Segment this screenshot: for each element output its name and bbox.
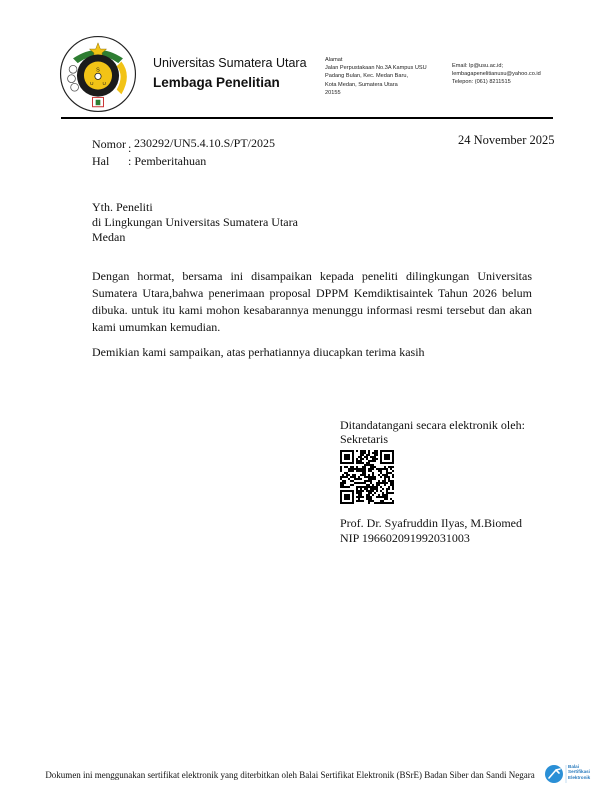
- hal-label: Hal: [92, 154, 109, 169]
- svg-text:U: U: [103, 81, 106, 86]
- nomor-value: 230292/UN5.4.10.S/PT/2025: [134, 136, 275, 151]
- letter-closing: Demikian kami sampaikan, atas perhatiann…: [92, 345, 425, 360]
- footer-certificate-note: Dokumen ini menggunakan sertifikat elekt…: [0, 770, 580, 780]
- address-block: Alamat Jalan Perpustakaan No.3A Kampus U…: [325, 56, 427, 97]
- nomor-label-text: Nomor: [92, 137, 128, 152]
- contact-email-alt: lembagapenelitianusu@yahoo.co.id: [452, 70, 541, 78]
- contact-block: Email: lp@usu.ac.id; lembagapenelitianus…: [452, 62, 541, 87]
- address-line: Kota Medan, Sumatera Utara: [325, 81, 427, 89]
- recipient-block: Yth. Peneliti di Lingkungan Universitas …: [92, 200, 298, 245]
- institution-name: Universitas Sumatera Utara: [153, 56, 307, 70]
- contact-phone: Telepon: (061) 8211515: [452, 78, 541, 86]
- letter-date: 24 November 2025: [458, 133, 555, 148]
- recipient-line: Yth. Peneliti: [92, 200, 298, 215]
- bsre-logo-text: Balai Sertifikasi Elektronik: [568, 764, 590, 780]
- bsre-line: Elektronik: [568, 775, 590, 780]
- letter-body: Dengan hormat, bersama ini disampaikan k…: [92, 268, 532, 336]
- address-line: Jalan Perpustakaan No.3A Kampus USU: [325, 64, 427, 72]
- signer-nip: NIP 196602091992031003: [340, 531, 522, 546]
- address-line: 20155: [325, 89, 427, 97]
- address-label: Alamat: [325, 56, 427, 64]
- hal-value: : Pemberitahuan: [128, 154, 206, 169]
- letterhead-divider: [61, 117, 553, 119]
- signer-name: Prof. Dr. Syafruddin Ilyas, M.Biomed: [340, 516, 522, 531]
- unit-name: Lembaga Penelitian: [153, 75, 280, 90]
- contact-email: Email: lp@usu.ac.id;: [452, 62, 541, 70]
- qr-code-icon: [340, 450, 394, 504]
- svg-text:S: S: [96, 68, 100, 74]
- address-line: Padang Bulan, Kec. Medan Baru,: [325, 72, 427, 80]
- signed-by-text: Ditandatangani secara elektronik oleh:: [340, 418, 525, 432]
- signature-header: Ditandatangani secara elektronik oleh: S…: [340, 418, 525, 446]
- nomor-label: Nomor: [92, 137, 128, 152]
- recipient-line: Medan: [92, 230, 298, 245]
- recipient-line: di Lingkungan Universitas Sumatera Utara: [92, 215, 298, 230]
- university-seal-icon: S U U: [59, 35, 137, 113]
- signer-block: Prof. Dr. Syafruddin Ilyas, M.Biomed NIP…: [340, 516, 522, 545]
- svg-text:U: U: [90, 81, 93, 86]
- signer-position: Sekretaris: [340, 432, 525, 446]
